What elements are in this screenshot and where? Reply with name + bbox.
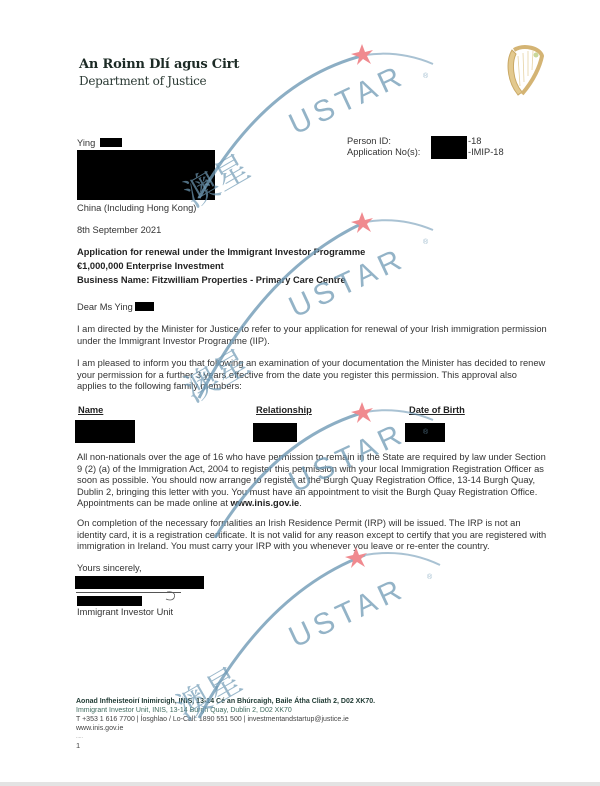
- recipient-country: China (Including Hong Kong): [77, 203, 196, 215]
- page-bottom-edge: [0, 782, 600, 786]
- family-header-dob: Date of Birth: [409, 405, 465, 415]
- paragraph-2: I am pleased to inform you that followin…: [77, 358, 547, 393]
- department-name-irish: An Roinn Dlí agus Cirt: [79, 57, 239, 72]
- application-no-value: -IMIP-18: [468, 147, 504, 159]
- subject-line-1: Application for renewal under the Immigr…: [77, 247, 365, 259]
- person-id-label: Person ID:: [347, 136, 391, 148]
- family-header-relationship: Relationship: [256, 405, 312, 415]
- inis-link[interactable]: www.inis.gov.ie: [231, 498, 300, 508]
- redacted-salutation-surname: [135, 302, 154, 311]
- signature-flourish-icon: [165, 589, 179, 603]
- redacted-signature: [75, 576, 204, 589]
- department-name-english: Department of Justice: [79, 74, 206, 88]
- letter-page: An Roinn Dlí agus Cirt Department of Jus…: [0, 0, 600, 782]
- letter-date: 8th September 2021: [77, 225, 161, 237]
- salutation: Dear Ms Ying: [77, 302, 133, 314]
- paragraph-3: All non-nationals over the age of 16 who…: [77, 452, 549, 510]
- redacted-family-dob: [405, 423, 445, 442]
- application-no-label: Application No(s):: [347, 147, 420, 159]
- recipient-name: Ying: [77, 138, 95, 150]
- redacted-surname: [100, 138, 122, 147]
- subject-line-3: Business Name: Fitzwilliam Properties - …: [77, 275, 346, 287]
- redacted-family-relationship: [253, 423, 297, 442]
- paragraph-4: On completion of the necessary formaliti…: [77, 518, 549, 553]
- paragraph-1: I am directed by the Minister for Justic…: [77, 324, 547, 347]
- redacted-id-numbers: [431, 136, 467, 159]
- footer-website[interactable]: www.inis.gov.ie: [76, 724, 123, 734]
- signatory-unit: Immigrant Investor Unit: [77, 607, 173, 619]
- family-header-name: Name: [78, 405, 103, 415]
- page-number: 1: [76, 741, 80, 751]
- person-id-value: -18: [468, 136, 481, 148]
- redacted-address: [77, 150, 215, 200]
- sign-off: Yours sincerely,: [77, 563, 142, 575]
- redacted-signatory-name: [77, 596, 142, 606]
- subject-line-2: €1,000,000 Enterprise Investment: [77, 261, 224, 273]
- redacted-family-name: [75, 420, 135, 443]
- harp-emblem-icon: [500, 40, 550, 102]
